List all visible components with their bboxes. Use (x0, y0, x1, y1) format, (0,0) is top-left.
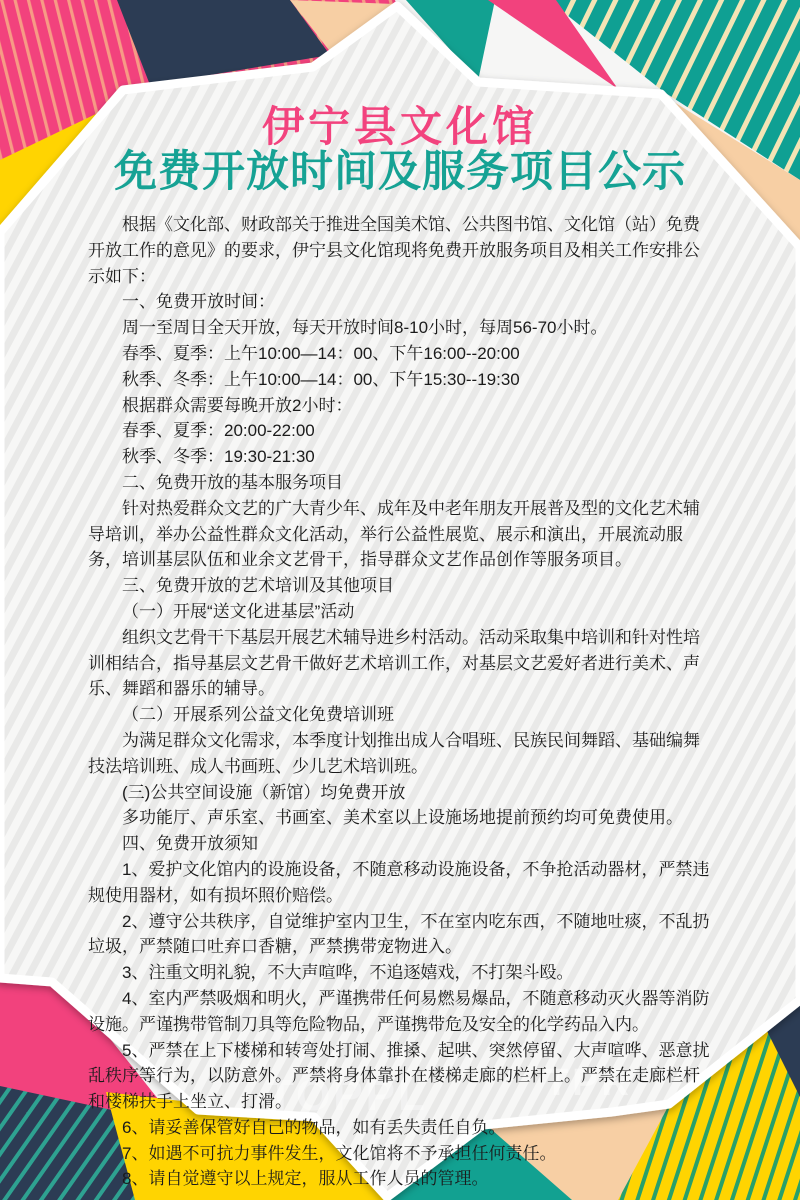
paragraph: 三、免费开放的艺术培训及其他项目 (88, 573, 713, 599)
paragraph: 根据《文化部、财政部关于推进全国美术馆、公共图书馆、文化馆（站）免费开放工作的意… (88, 212, 713, 289)
paragraph: 5、严禁在上下楼梯和转弯处打闹、推搡、起哄、突然停留、大声喧哗、恶意扰乱秩序等行… (88, 1038, 713, 1115)
paragraph: 春季、夏季：上午10:00—14：00、下午16:00--20:00 (88, 341, 713, 367)
paragraph: 针对热爱群众文艺的广大青少年、成年及中老年朋友开展普及型的文化艺术辅导培训，举办… (88, 496, 713, 573)
paragraph: 四、免费开放须知 (88, 831, 713, 857)
poster: TOPPL TPR 伊宁县文化馆 免费开放时间及服务项目公示 根据《文化部、财政… (0, 0, 800, 1200)
paragraph: 秋季、冬季：19:30-21:30 (88, 444, 713, 470)
paragraph: 6、请妥善保管好自己的物品，如有丢失责任自负。 (88, 1115, 713, 1141)
paragraph: 春季、夏季：20:00-22:00 (88, 418, 713, 444)
paragraph: 秋季、冬季：上午10:00—14：00、下午15:30--19:30 (88, 367, 713, 393)
poster-body: 根据《文化部、财政部关于推进全国美术馆、公共图书馆、文化馆（站）免费开放工作的意… (88, 212, 713, 1192)
paragraph: 8、请自觉遵守以上规定，服从工作人员的管理。 (88, 1166, 713, 1192)
paragraph: 为满足群众文化需求，本季度计划推出成人合唱班、民族民间舞蹈、基础编舞技法培训班、… (88, 728, 713, 780)
poster-title-line2: 免费开放时间及服务项目公示 (0, 138, 800, 199)
paragraph: 多功能厅、声乐室、书画室、美术室以上设施场地提前预约均可免费使用。 (88, 805, 713, 831)
paragraph: 4、室内严禁吸烟和明火，严谨携带任何易燃易爆品，不随意移动灭火器等消防设施。严谨… (88, 986, 713, 1038)
paragraph: 周一至周日全天开放，每天开放时间8-10小时，每周56-70小时。 (88, 315, 713, 341)
paragraph: （二）开展系列公益文化免费培训班 (88, 702, 713, 728)
paragraph: (三)公共空间设施（新馆）均免费开放 (88, 780, 713, 806)
paragraph: 2、遵守公共秩序，自觉维护室内卫生，不在室内吃东西，不随地吐痰，不乱扔垃圾，严禁… (88, 909, 713, 961)
paragraph: 3、注重文明礼貌，不大声喧哗，不追逐嬉戏，不打架斗殴。 (88, 960, 713, 986)
paragraph: 一、免费开放时间： (88, 289, 713, 315)
paragraph: 1、爱护文化馆内的设施设备，不随意移动设施设备，不争抢活动器材，严禁违规使用器材… (88, 857, 713, 909)
paragraph: 根据群众需要每晚开放2小时： (88, 393, 713, 419)
paragraph: 组织文艺骨干下基层开展艺术辅导进乡村活动。活动采取集中培训和针对性培训相结合，指… (88, 625, 713, 702)
paragraph: （一）开展“送文化进基层”活动 (88, 599, 713, 625)
paragraph: 二、免费开放的基本服务项目 (88, 470, 713, 496)
paragraph: 7、如遇不可抗力事件发生，文化馆将不予承担任何责任。 (88, 1141, 713, 1167)
